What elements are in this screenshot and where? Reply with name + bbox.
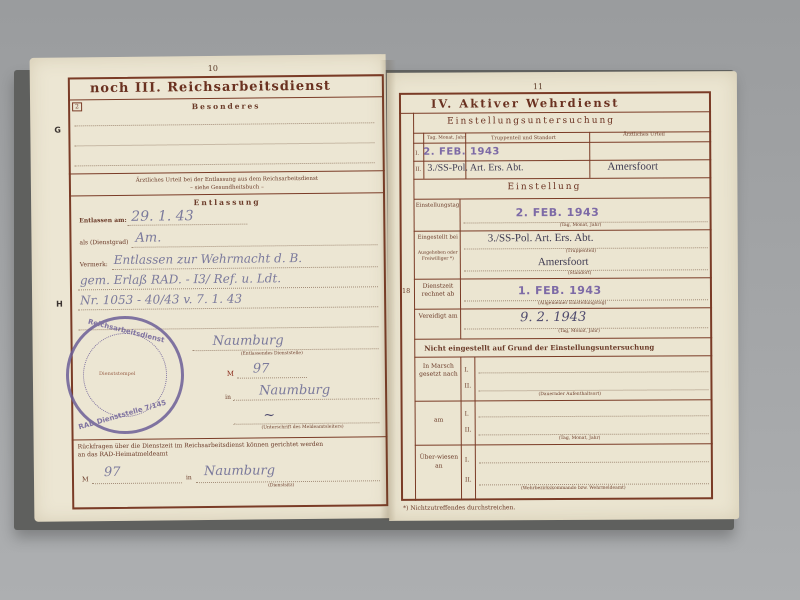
einstellungstag-caption: (Tag, Monat, Jahr) (560, 223, 602, 228)
untersuchung-date-stamp: 2. FEB. 1943 (423, 146, 500, 157)
marsch-label: In Marsch gesetzt nach (416, 363, 460, 379)
ueberwiesen-row-ii: II. (465, 476, 472, 483)
rueckfragen-m-value: 97 (104, 465, 121, 480)
in-label: in (225, 394, 231, 401)
unit-caption: (Truppenteil) (566, 249, 596, 254)
rueckfragen-in-label: in (186, 474, 192, 481)
dienstsitz-caption: (Dienstsitz) (268, 483, 294, 488)
signature: ~ (263, 407, 275, 423)
am-row-i: I. (465, 410, 469, 417)
dienstzeit-caption: (Allgemeiner Einstellungstag) (538, 301, 606, 306)
dienstgrad-label: als (Dienstgrad) (79, 239, 128, 247)
row1-label: I. (415, 151, 419, 157)
place-caption: (Standort) (568, 271, 592, 276)
ueberwiesen-label: Über-wiesen an (417, 453, 461, 471)
eingestellt-unit: 3./SS-Pol. Art. Ers. Abt. (488, 232, 594, 245)
am-label: am (417, 417, 461, 424)
left-page: 10 noch III. Reichsarbeitsdienst 2 Beson… (30, 54, 391, 522)
entlassen-value: 29. 1. 43 (131, 208, 194, 225)
einstellung-heading: Einstellung (507, 182, 581, 192)
entlassen-label: Entlassen am: (79, 217, 126, 224)
right-page-title: IV. Aktiver Wehrdienst (431, 96, 620, 111)
dienstzeit-stamp: 1. FEB. 1943 (518, 284, 602, 297)
in-value: Naumburg (259, 383, 330, 399)
book-gutter (380, 60, 396, 520)
left-page-title: noch III. Reichsarbeitsdienst (90, 79, 331, 97)
am-caption: (Tag, Monat, Jahr) (559, 436, 601, 441)
marsch-row-i: I. (464, 366, 468, 373)
dienstzeit-label: Dienstzeit rechnet ab (416, 283, 460, 299)
stamp-center-text: Dienststempel (99, 371, 135, 377)
vermerk-line-2: gem. Erlaß RAD. - I3/ Ref. u. Ldt. (80, 271, 281, 287)
vereidigt-value: 9. 2. 1943 (520, 310, 586, 325)
vereidigt-label: Vereidigt am (416, 313, 460, 321)
nicht-eingestellt-heading: Nicht eingestellt auf Grund der Einstell… (424, 343, 654, 353)
vereidigt-caption: (Tag, Monat, Jahr) (558, 329, 600, 334)
rueckfragen-in-value: Naumburg (204, 463, 275, 479)
marsch-caption: (Dauernder Aufenthaltsort) (539, 392, 602, 397)
m-label: M (227, 370, 234, 378)
am-row-ii: II. (465, 426, 472, 433)
m-value: 97 (253, 361, 270, 376)
einstellungstag-stamp: 2. FEB. 1943 (516, 206, 600, 219)
untersuchung-place: Amersfoort (607, 161, 658, 173)
vermerk-line-1: Entlassen zur Wehrmacht d. B. (114, 251, 302, 267)
signature-caption: (Unterschrift des Meldeamtsleiters) (261, 425, 343, 431)
eingestellt-label: Eingestellt bei (416, 235, 460, 242)
eingestellt-sub-label: Ausgehoben oder Freiwilliger *) (416, 251, 460, 263)
eingestellt-place: Amersfoort (538, 256, 589, 268)
right-page: 11 IV. Aktiver Wehrdienst Einstellungsun… (387, 71, 739, 521)
einstellungstag-label: Einstellungstag (416, 203, 460, 210)
page-number-right: 11 (533, 82, 543, 91)
row-number: 18 (402, 287, 410, 295)
col-date-header: Tag, Monat, Jahr (427, 136, 465, 141)
margin-letter-g: G (54, 126, 61, 135)
vermerk-line-3: Nr. 1053 - 40/43 v. 7. 1. 43 (80, 292, 242, 308)
col-verdict-header: Ärztliches Urteil (623, 131, 665, 137)
rueckfragen-m-label: M (82, 475, 89, 483)
ueberwiesen-row-i: I. (465, 456, 469, 463)
margin-letter-h: H (56, 300, 63, 309)
row2-label: II. (415, 167, 421, 173)
ueberwiesen-caption: (Wehrbezirkskommando bzw. Wehrmeldeamt) (521, 486, 626, 492)
rueckfragen-line2: an das RAD-Heimatmeldeamt (78, 450, 168, 458)
dienstgrad-value: Am. (135, 231, 161, 246)
untersuchung-unit: 3./SS-Pol. Art. Ers. Abt. (427, 162, 523, 174)
page-number-left: 10 (208, 64, 218, 73)
rad-ink-stamp: Reichsarbeitsdienst Dienststempel RAD Di… (66, 316, 184, 434)
dienststelle-value: Naumburg (212, 333, 283, 349)
dienststelle-caption: (Entlassendes Dienststelle) (241, 351, 303, 357)
einstellungsuntersuchung-heading: Einstellungsuntersuchung (447, 116, 615, 127)
col-unit-header: Truppenteil und Standort (491, 135, 556, 141)
footnote: *) Nichtzutreffendes durchstreichen. (403, 504, 515, 512)
vermerk-label: Vermerk: (80, 261, 108, 268)
marsch-row-ii: II. (464, 382, 471, 389)
